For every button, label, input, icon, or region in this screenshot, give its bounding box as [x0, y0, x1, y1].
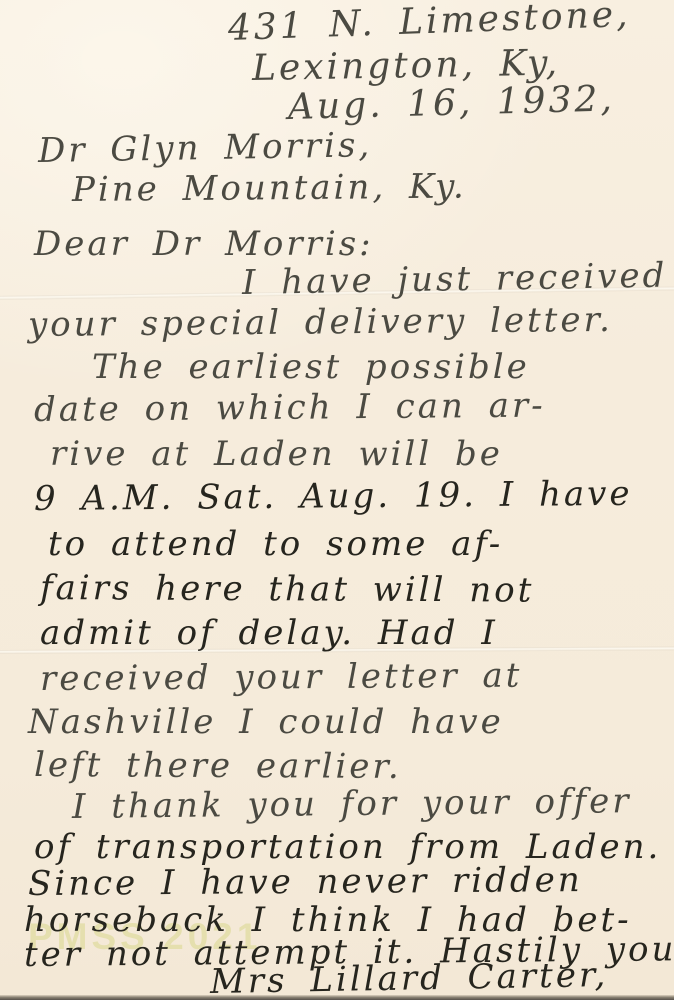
body-line-13: I thank you for your offer: [72, 781, 632, 827]
body-line-8: fairs here that will not: [40, 568, 535, 611]
body-line-5: rive at Laden will be: [50, 434, 503, 474]
body-line-1: I have just received: [242, 256, 668, 303]
letter-page: PMSS 2021 431 N. Limestone, Lexington, K…: [0, 0, 674, 1000]
body-line-4: date on which I can ar-: [34, 386, 546, 430]
body-line-9: admit of delay. Had I: [40, 613, 498, 653]
body-line-6: 9 A.M. Sat. Aug. 19. I have: [34, 474, 633, 519]
recipient-line-1: Dr Glyn Morris,: [38, 125, 373, 171]
body-line-3: The earliest possible: [92, 347, 530, 387]
salutation-line: Dear Dr Morris:: [34, 224, 374, 264]
body-line-10: received your letter at: [40, 656, 523, 699]
scan-bottom-edge: [0, 995, 674, 1000]
body-line-12: left there earlier.: [34, 745, 402, 787]
signature-line: Mrs Lillard Carter,: [210, 955, 609, 1000]
body-line-11: Nashville I could have: [28, 702, 504, 742]
recipient-line-2: Pine Mountain, Ky.: [72, 167, 467, 210]
date-line: Aug. 16, 1932,: [287, 78, 615, 128]
body-line-7: to attend to some af-: [48, 524, 503, 564]
body-line-2: your special delivery letter.: [28, 300, 613, 345]
address-line-1: 431 N. Limestone,: [227, 0, 631, 49]
body-line-15: Since I have never ridden: [28, 860, 583, 904]
